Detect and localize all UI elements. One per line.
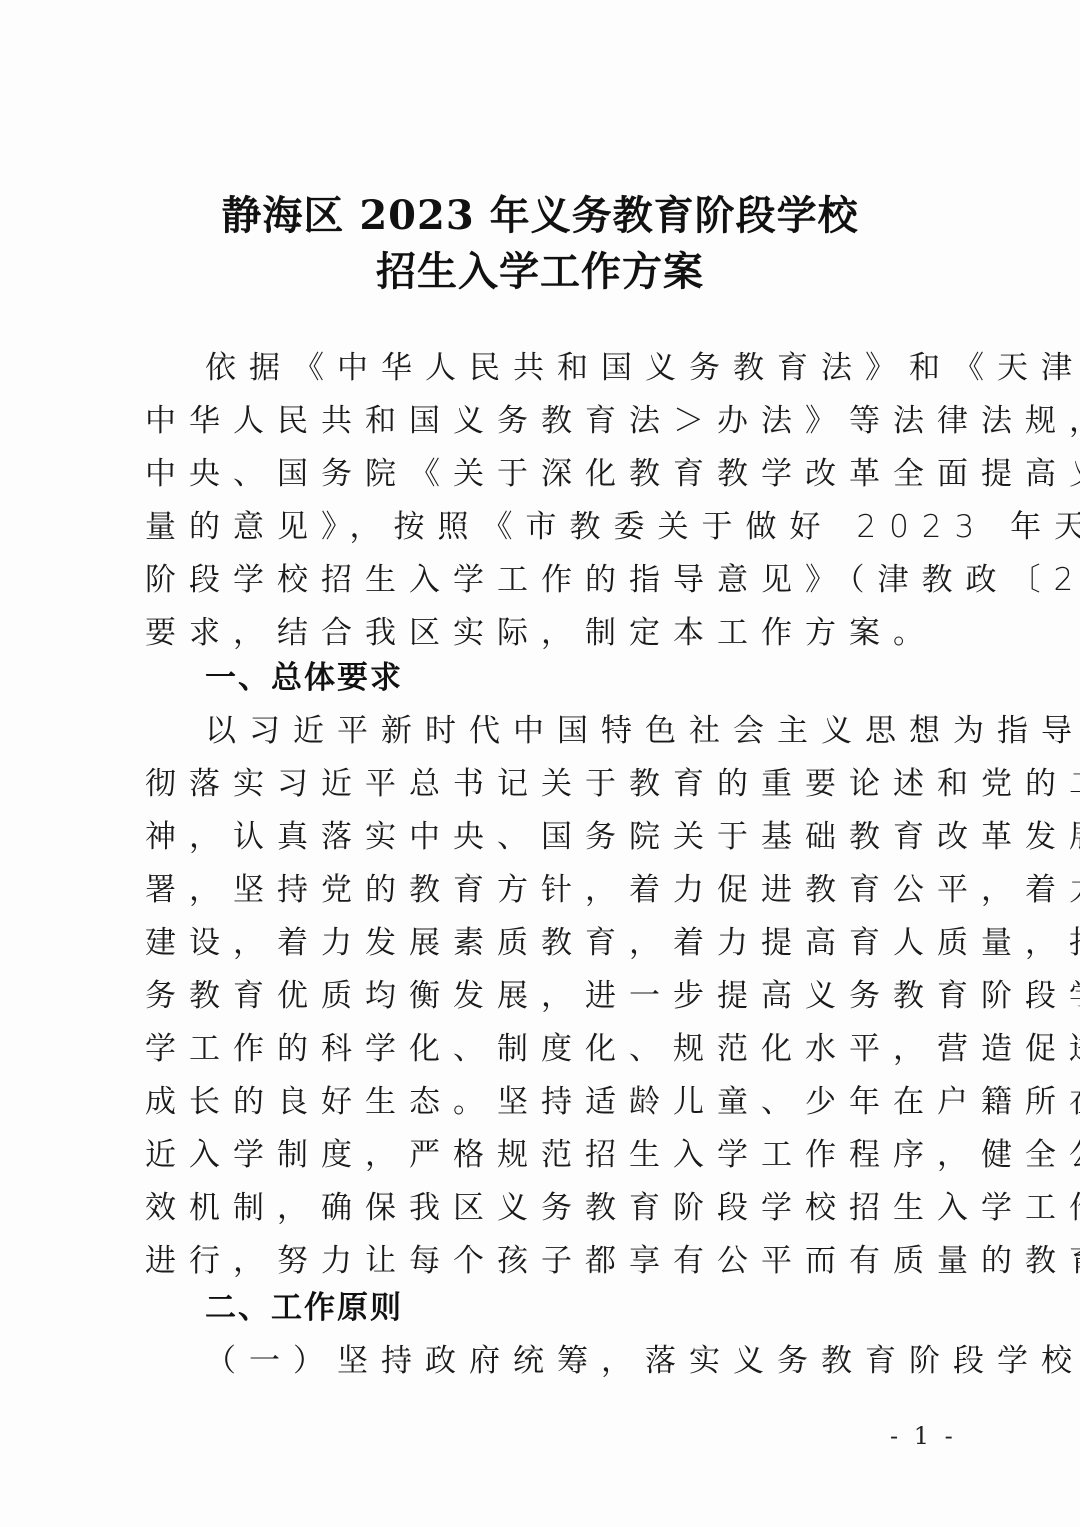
section1-line: 建设，着力发展素质教育，着力提高育人质量，扎实推进义 — [145, 928, 945, 959]
section-heading-working-principles: 二、工作原则 — [205, 1293, 403, 1324]
section2-line: （一）坚持政府统筹，落实义务教育阶段学校招生入学 — [205, 1346, 945, 1377]
page-number: - 1 - — [890, 1422, 957, 1450]
document-title-line-2: 招生入学工作方案 — [0, 252, 1080, 292]
section1-line: 署，坚持党的教育方针，着力促进教育公平，着力加强内涵 — [145, 875, 945, 906]
intro-line: 要求，结合我区实际，制定本工作方案。 — [145, 618, 945, 649]
section1-line: 近入学制度，严格规范招生入学工作程序，健全公平入学长 — [145, 1140, 945, 1171]
document-title-line-1: 静海区 2023 年义务教育阶段学校 — [0, 196, 1080, 236]
document-page: 静海区 2023 年义务教育阶段学校 招生入学工作方案 依据《中华人民共和国义务… — [0, 0, 1080, 1527]
section1-line: 学工作的科学化、制度化、规范化水平，营造促进学生健康 — [145, 1034, 945, 1065]
intro-line: 阶段学校招生入学工作的指导意见》（津教政〔2023〕6 号） — [145, 565, 945, 596]
section1-line: 彻落实习近平总书记关于教育的重要论述和党的二十大精 — [145, 769, 945, 800]
intro-line: 依据《中华人民共和国义务教育法》和《天津市实施＜ — [205, 353, 945, 384]
section-heading-general-requirements: 一、总体要求 — [205, 663, 403, 694]
section1-line: 以习近平新时代中国特色社会主义思想为指导，深入贯 — [205, 716, 945, 747]
intro-line: 中华人民共和国义务教育法＞办法》等法律法规，落实中共 — [145, 406, 945, 437]
section1-line: 进行，努力让每个孩子都享有公平而有质量的教育。 — [145, 1246, 945, 1277]
section1-line: 效机制，确保我区义务教育阶段学校招生入学工作平稳有序 — [145, 1193, 945, 1224]
intro-line: 量的意见》，按照《市教委关于做好 2023 年天津市义务教育 — [145, 512, 945, 543]
section1-line: 神，认真落实中央、国务院关于基础教育改革发展的决策部 — [145, 822, 945, 853]
section1-line: 务教育优质均衡发展，进一步提高义务教育阶段学校招生入 — [145, 981, 945, 1012]
section1-line: 成长的良好生态。坚持适龄儿童、少年在户籍所在地学校就 — [145, 1087, 945, 1118]
intro-line: 中央、国务院《关于深化教育教学改革全面提高义务教育质 — [145, 459, 945, 490]
